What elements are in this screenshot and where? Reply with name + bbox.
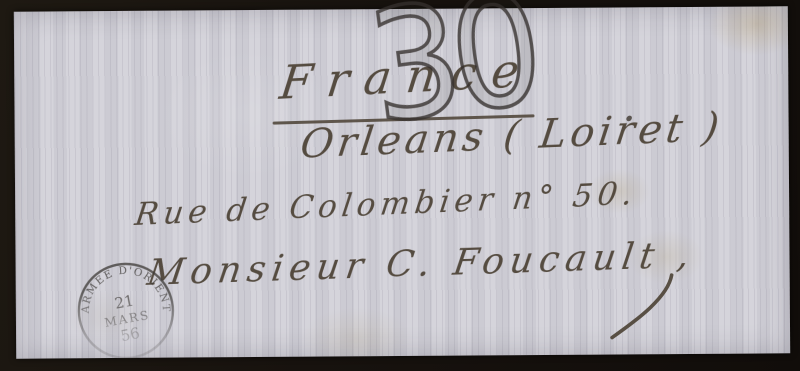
datestamp-year: 56 [119,324,141,345]
handwriting-city: Orleans ( Loiret ) [298,104,726,168]
military-datestamp: ARMEE D'ORIENT 21 MARS 56 [65,247,186,371]
datestamp-day: 21 [113,292,135,313]
photo-frame: France 30 Orleans ( Loiret ) Rue de Colo… [0,0,800,371]
handwriting-street: Rue de Colombier n° 50. [133,176,640,233]
pen-flourish [604,269,687,346]
envelope: France 30 Orleans ( Loiret ) Rue de Colo… [14,6,790,358]
